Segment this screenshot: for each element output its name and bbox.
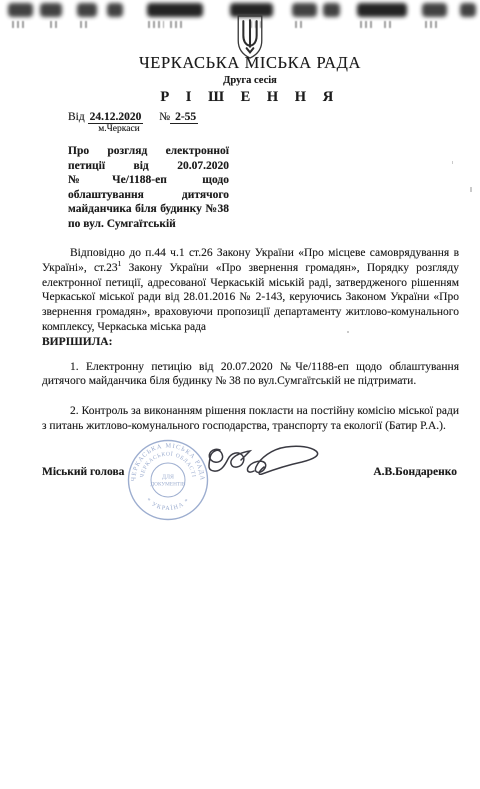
scan-artifact (357, 3, 407, 17)
scan-artifact (77, 3, 97, 17)
scan-artifact (384, 21, 394, 28)
scan-speck (470, 187, 472, 192)
scan-artifact (425, 21, 437, 28)
scan-artifact (40, 3, 62, 17)
number-label: № (159, 111, 170, 123)
scan-artifact (80, 21, 90, 28)
scan-artifact (292, 3, 317, 17)
session-title: Друга сесія (20, 74, 480, 87)
org-name: ЧЕРКАСЬКА МІСЬКА РАДА (20, 54, 480, 72)
document-header: ЧЕРКАСЬКА МІСЬКА РАДА Друга сесія Р І Ш … (20, 54, 480, 106)
svg-text:* УКРАЇНА *: * УКРАЇНА * (145, 497, 192, 512)
official-name: А.В.Бондаренко (373, 466, 457, 478)
scan-artifact (360, 21, 374, 28)
scan-artifact (460, 3, 476, 17)
document-body: Відповідно до п.44 ч.1 ст.26 Закону Укра… (42, 246, 459, 434)
scan-artifact (147, 3, 203, 17)
decision-item-2: 2. Контроль за виконанням рішення поклас… (42, 404, 459, 434)
date-label: Від (68, 111, 85, 123)
scan-artifact (8, 3, 33, 17)
scanned-document-page: ЧЕРКАСЬКА МІСЬКА РАДА Друга сесія Р І Ш … (0, 0, 480, 789)
decision-item-1: 1. Електронну петицію від 20.07.2020 №Че… (42, 360, 459, 390)
scan-artifact (107, 3, 123, 17)
handwritten-signature (198, 434, 328, 496)
date-value: 24.12.2020 (88, 111, 144, 124)
date-number-line: Від 24.12.2020 №2-55 (68, 111, 198, 123)
scan-artifact (12, 21, 24, 28)
stamp-center-line1: ДЛЯ (162, 475, 174, 481)
scan-artifact (170, 21, 184, 28)
scan-artifact (323, 3, 340, 17)
scan-artifact (50, 21, 59, 28)
official-position: Міський голова (42, 466, 124, 478)
resolved-heading: ВИРІШИЛА: (42, 335, 459, 350)
stamp-center-line2: ДОКУМЕНТІВ (151, 482, 186, 488)
stamp-ring-bottom-text: * УКРАЇНА * (145, 497, 192, 512)
document-type: Р І Ш Е Н Н Я (20, 89, 480, 106)
city-line: м.Черкаси (86, 124, 152, 134)
number-value: 2-55 (170, 111, 198, 124)
scan-artifact (422, 3, 447, 17)
scan-artifact (295, 21, 303, 28)
subject-block: Про розгляд електронної петиції від 20.0… (68, 144, 229, 232)
preamble: Відповідно до п.44 ч.1 ст.26 Закону Укра… (42, 246, 459, 335)
scan-artifact (148, 21, 164, 28)
scan-speck (452, 161, 453, 164)
